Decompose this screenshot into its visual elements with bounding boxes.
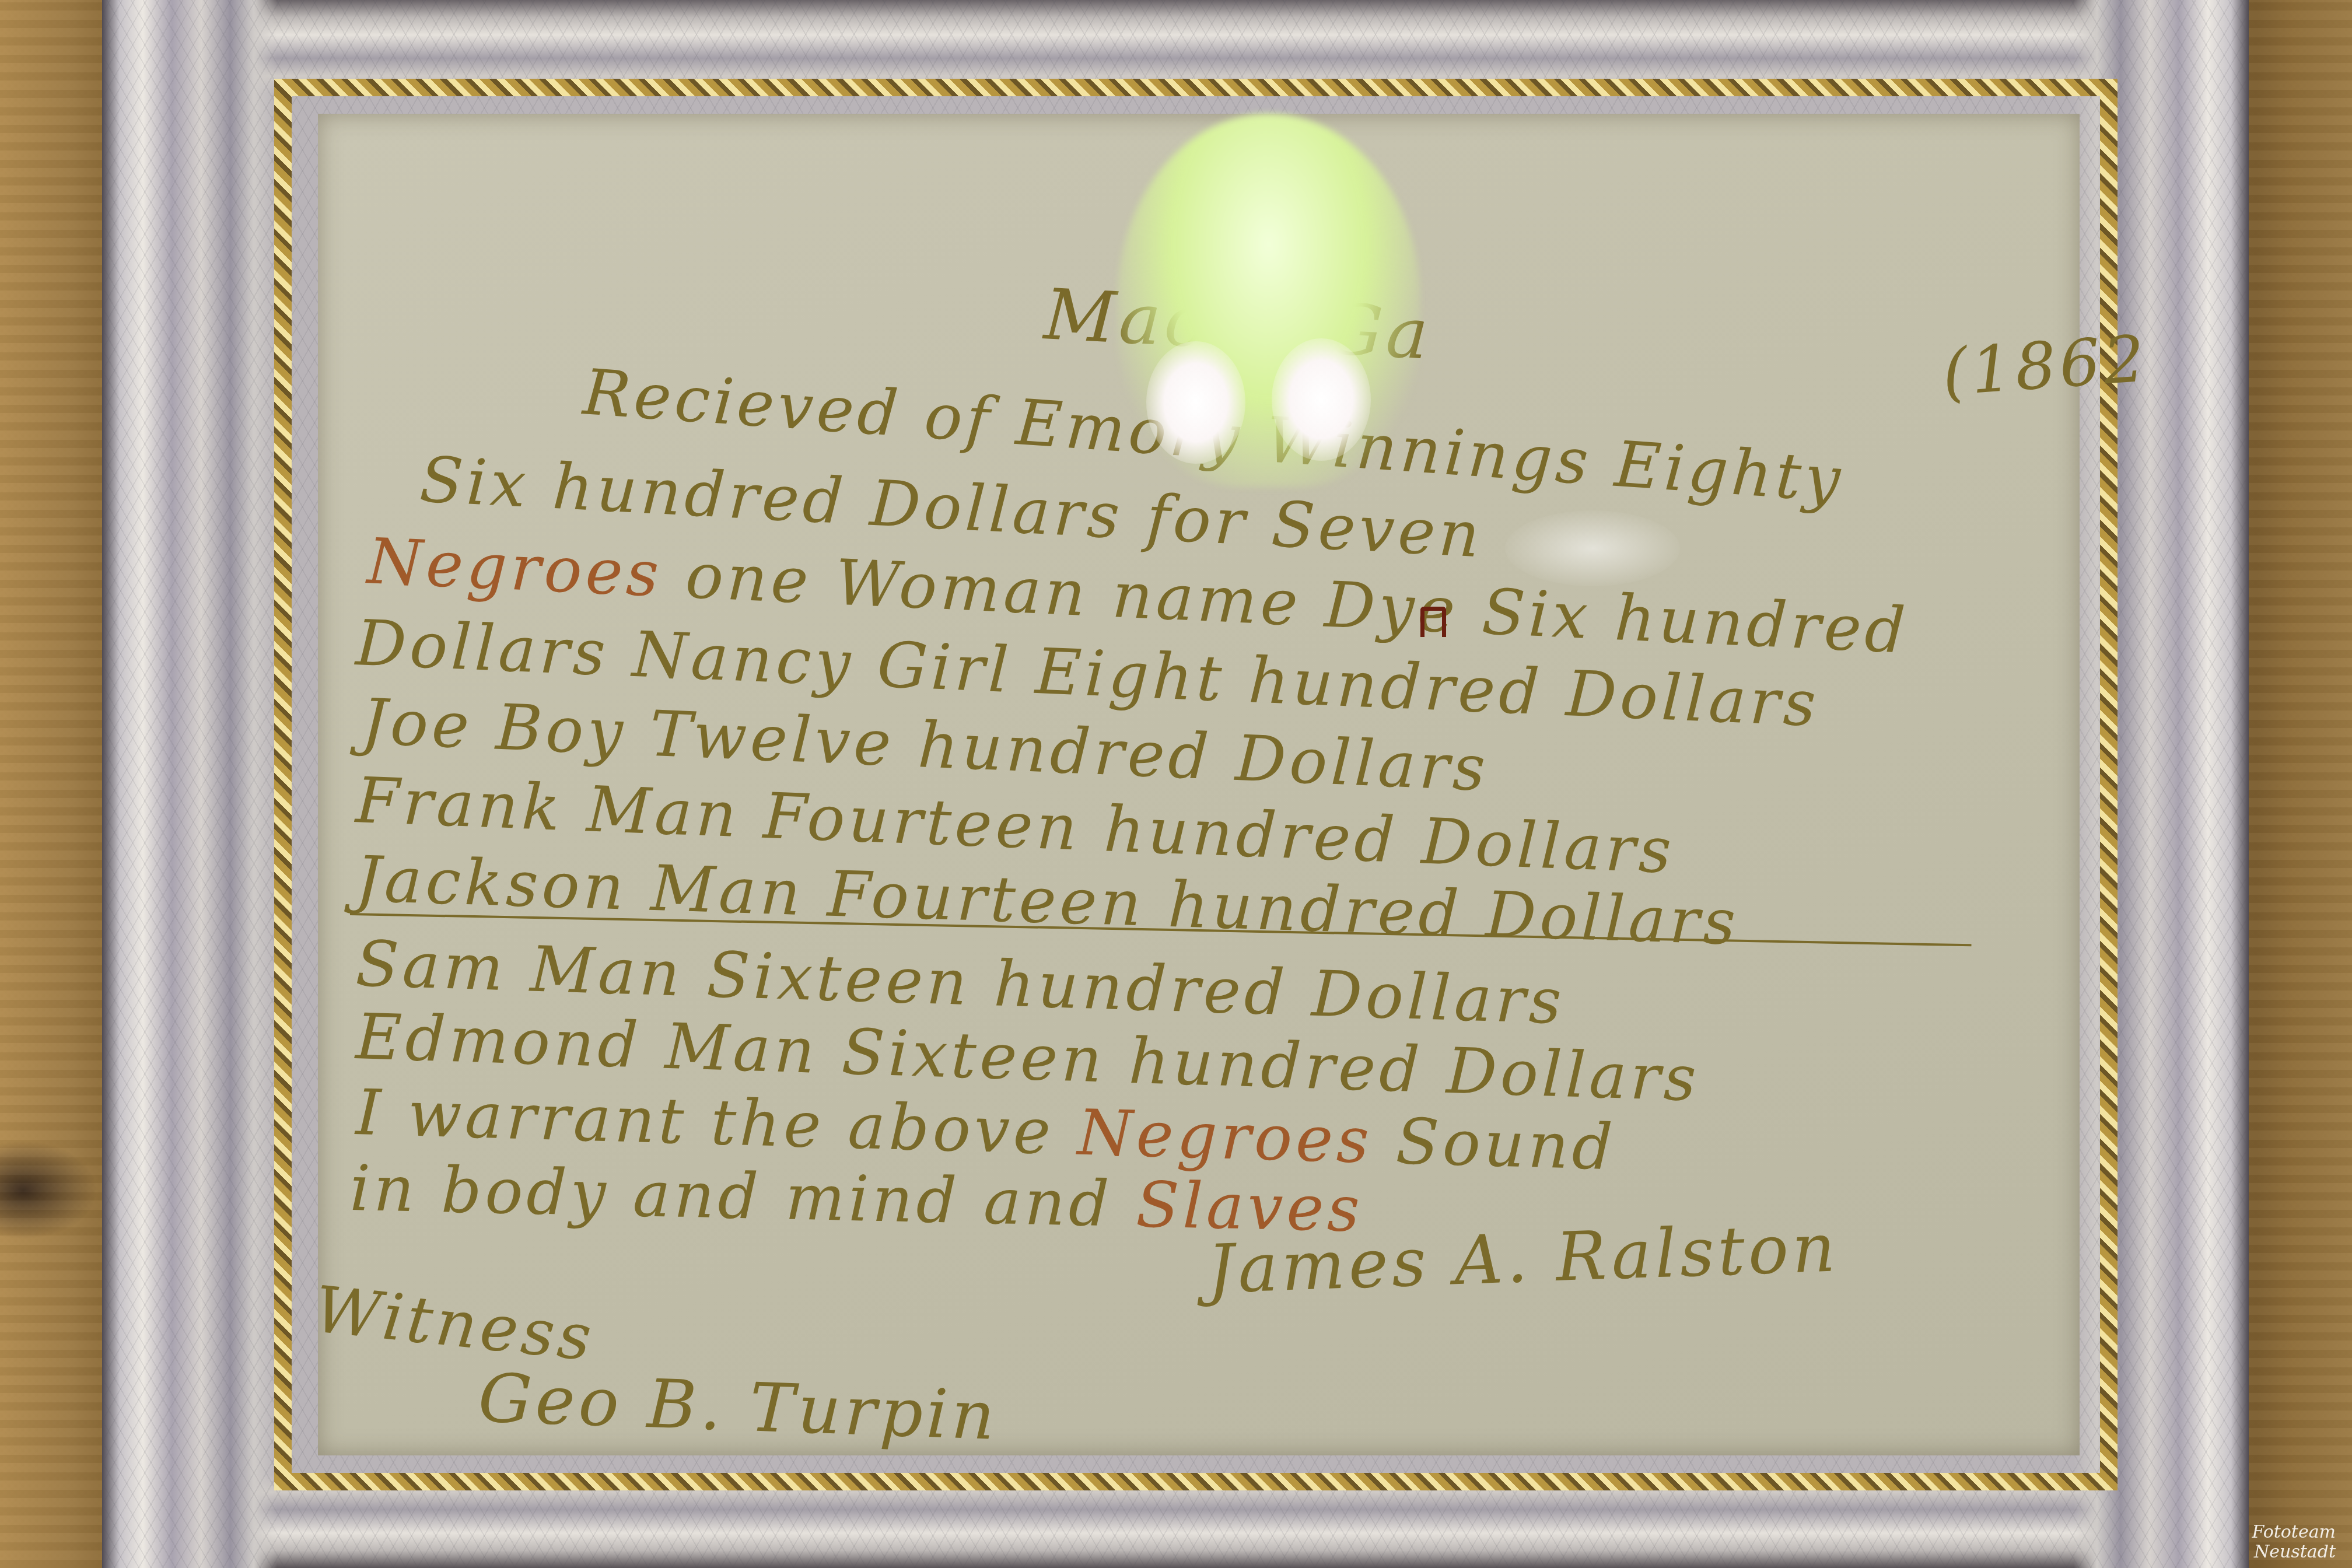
watermark-line-1: Fototeam xyxy=(2252,1522,2336,1542)
word-negroes-2: Negroes xyxy=(1077,1097,1374,1178)
watermark-line-2: Neustadt xyxy=(2252,1542,2336,1562)
photographer-watermark: Fototeam Neustadt xyxy=(2252,1522,2336,1562)
year-value: 1862 xyxy=(1968,321,2150,408)
word-negroes: Negroes xyxy=(366,525,664,611)
glare-spot-left xyxy=(1146,341,1245,464)
glare-spot-right xyxy=(1272,338,1371,461)
document-year: (1862 xyxy=(1940,321,2151,410)
red-staple-mark xyxy=(1420,607,1446,637)
glare-faint-reflection xyxy=(1505,510,1680,586)
